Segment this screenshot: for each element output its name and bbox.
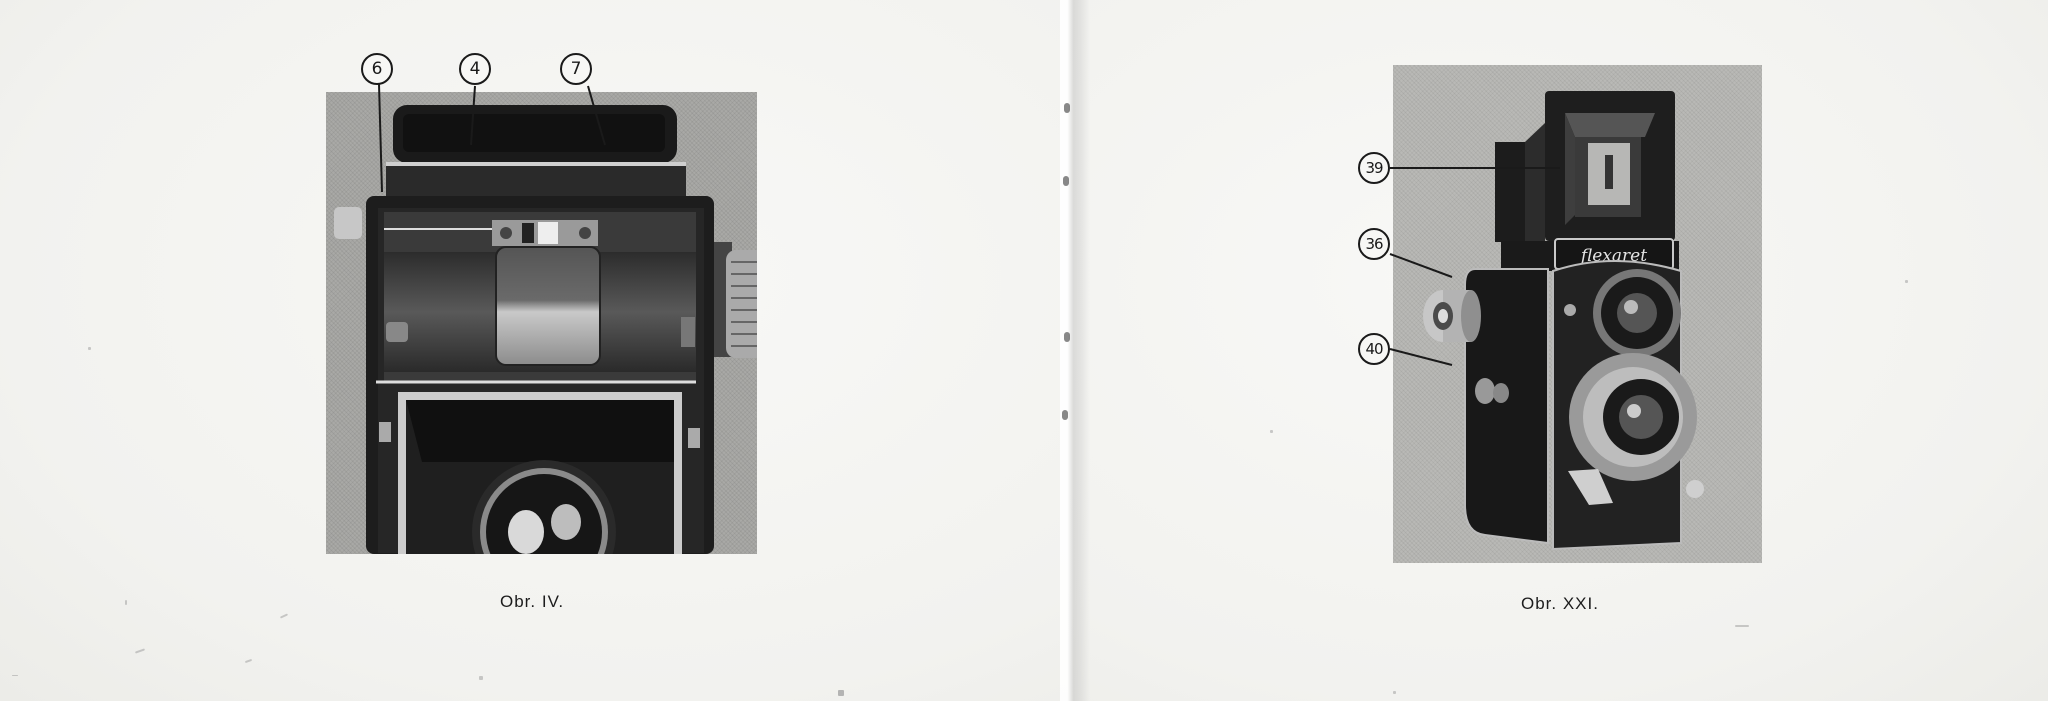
callout-36: 36 bbox=[1358, 228, 1390, 260]
callout-40: 40 bbox=[1358, 333, 1390, 365]
callout-4: 4 bbox=[459, 53, 491, 85]
paper-speck bbox=[1393, 691, 1396, 694]
binding-mark bbox=[1064, 103, 1070, 113]
figure-iv-caption: Obr. IV. bbox=[500, 592, 564, 612]
page-gutter bbox=[1060, 0, 1090, 701]
paper-speck bbox=[1905, 280, 1908, 283]
binding-mark bbox=[1064, 332, 1070, 342]
callout-6: 6 bbox=[361, 53, 393, 85]
callout-7: 7 bbox=[560, 53, 592, 85]
callout-label: 36 bbox=[1365, 235, 1382, 253]
paper-speck bbox=[125, 600, 127, 605]
paper-speck bbox=[1735, 625, 1749, 627]
paper-speck bbox=[479, 676, 483, 680]
paper-speck bbox=[1270, 430, 1273, 433]
figure-xxi-photo: flexaret bbox=[1393, 65, 1762, 563]
binding-mark bbox=[1063, 176, 1069, 186]
callout-label: 7 bbox=[571, 59, 582, 79]
callout-label: 40 bbox=[1365, 340, 1382, 358]
figure-xxi-caption: Obr. XXI. bbox=[1521, 594, 1599, 614]
callout-39: 39 bbox=[1358, 152, 1390, 184]
flexaret-camera-illustration: flexaret bbox=[1393, 65, 1762, 563]
paper-speck bbox=[12, 675, 18, 676]
book-spread: flexaret bbox=[0, 0, 2048, 701]
binding-mark bbox=[1062, 410, 1068, 420]
callout-label: 6 bbox=[372, 59, 383, 79]
figure-iv-photo bbox=[326, 92, 757, 554]
paper-speck bbox=[838, 690, 844, 696]
callout-label: 39 bbox=[1365, 159, 1382, 177]
paper-speck bbox=[88, 347, 91, 350]
camera-top-view-illustration bbox=[326, 92, 757, 554]
callout-label: 4 bbox=[470, 59, 481, 79]
